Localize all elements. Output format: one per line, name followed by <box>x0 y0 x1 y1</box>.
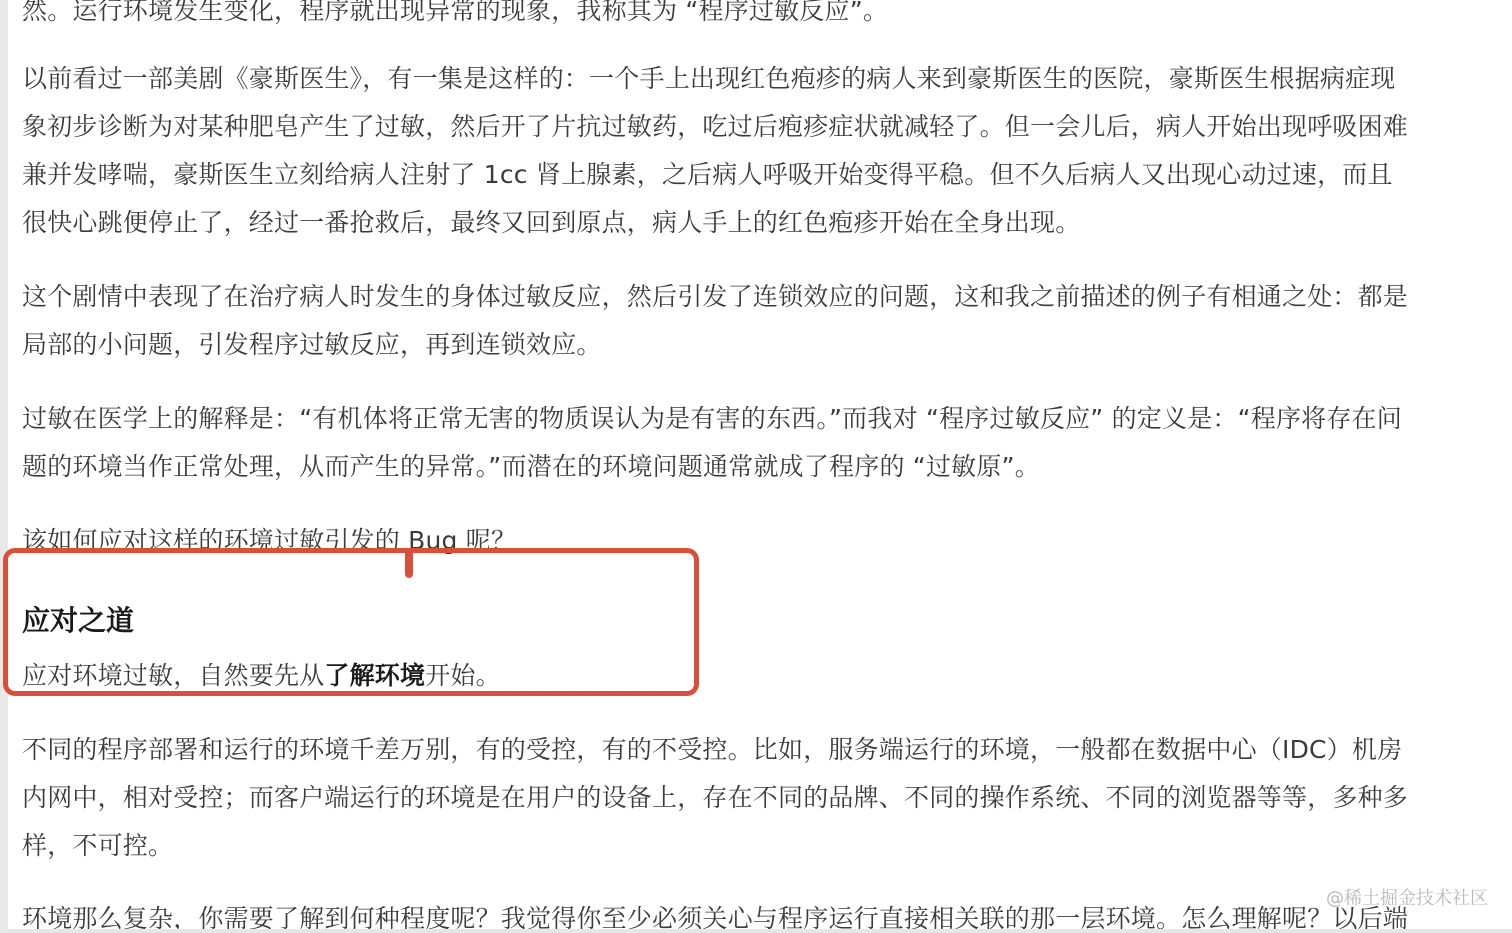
paragraph-line: 不同的程序部署和运行的环境千差万别，有的受控，有的不受控。比如，服务端运行的环境… <box>22 733 1402 767</box>
paragraph-line: 象初步诊断为对某种肥皂产生了过敏，然后开了片抗过敏药，吃过后疱疹症状就减轻了。但… <box>22 110 1408 144</box>
bottom-edge <box>0 929 1512 933</box>
watermark: @稀土掘金技术社区 <box>1326 884 1488 910</box>
paragraph-line: 过敏在医学上的解释是：“有机体将正常无害的物质误认为是有害的东西。”而我对 “程… <box>22 402 1402 436</box>
paragraph-line: 局部的小问题，引发程序过敏反应，再到连锁效应。 <box>22 328 602 362</box>
paragraph-line: 内网中，相对受控；而客户端运行的环境是在用户的设备上，存在不同的品牌、不同的操作… <box>22 781 1408 815</box>
paragraph-line: 然。运行环境发生变化，程序就出现异常的现象，我称其为 “程序过敏反应”。 <box>22 0 888 28</box>
annotation-highlight-box <box>3 548 699 696</box>
paragraph-line: 题的环境当作正常处理，从而产生的异常。”而潜在的环境问题通常就成了程序的 “过敏… <box>22 450 1040 484</box>
paragraph-line: 这个剧情中表现了在治疗病人时发生的身体过敏反应，然后引发了连锁效应的问题，这和我… <box>22 280 1408 314</box>
paragraph-line: 样，不可控。 <box>22 829 173 863</box>
left-gutter <box>0 0 8 933</box>
paragraph-line: 兼并发哮喘，豪斯医生立刻给病人注射了 1cc 肾上腺素，之后病人呼吸开始变得平稳… <box>22 158 1393 192</box>
paragraph-line: 很快心跳便停止了，经过一番抢救后，最终又回到原点，病人手上的红色疱疹开始在全身出… <box>22 206 1080 240</box>
annotation-marker-tick <box>405 548 413 578</box>
paragraph-line: 以前看过一部美剧《豪斯医生》，有一集是这样的：一个手上出现红色疱疹的病人来到豪斯… <box>22 62 1396 96</box>
